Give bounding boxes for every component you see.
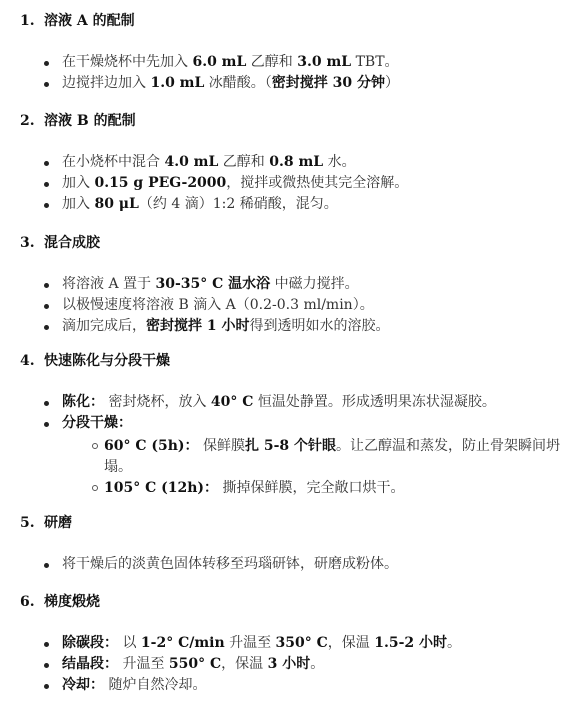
text-run: 。 [310,656,324,672]
bold-text: 除碳段： [62,635,118,651]
bold-text: 60° C (5h)： [104,438,199,454]
bold-text: 4.0 mL [164,154,218,170]
text-run: （约 4 滴）1:2 稀硝酸，混匀。 [139,196,338,212]
section-number: 4. [20,353,44,369]
text-run: 恒温处静置。形成透明果冻状湿凝胶。 [253,394,495,410]
bold-text: 3.0 mL [297,54,351,70]
list-item-text: 将干燥后的淡黄色固体转移至玛瑙研钵，研磨成粉体。 [62,554,398,575]
section-heading: 2.溶液 B 的配制 [20,110,136,130]
text-run: 将干燥后的淡黄色固体转移至玛瑙研钵，研磨成粉体。 [62,556,398,572]
sub-list-item-text: 60° C (5h)： 保鲜膜扎 5-8 个针眼。让乙醇温和蒸发，防止骨架瞬间坍… [104,436,574,478]
text-run: 中磁力搅拌。 [270,276,358,292]
text-run: 将溶液 A 置于 [62,276,155,292]
section-heading: 4.快速陈化与分段干燥 [20,350,170,370]
text-run: 随炉自然冷却。 [104,677,206,693]
text-run: 得到透明如水的溶胶。 [250,318,390,334]
bold-text: 冷却： [62,677,104,693]
bold-text: 6.0 mL [192,54,246,70]
bold-text: 40° C [211,394,254,410]
bold-text: 550° C [169,656,221,672]
list-item-text: 将溶液 A 置于 30-35° C 温水浴 中磁力搅拌。 [62,274,359,295]
text-run: 乙醇和 [246,54,297,70]
text-run: 冰醋酸。（ [204,75,271,91]
text-run: ，保温 [328,635,374,651]
section-heading: 6.梯度煅烧 [20,591,100,611]
text-run: 在小烧杯中混合 [62,154,164,170]
text-run: 撕掉保鲜膜，完全敞口烘干。 [218,480,404,496]
bold-text: 密封搅拌 1 小时 [146,318,250,334]
text-run: 在干燥烧杯中先加入 [62,54,192,70]
text-run: 保鲜膜 [199,438,245,454]
bold-text: 30-35° C 温水浴 [155,276,270,292]
bold-text: 3 小时 [268,656,311,672]
text-run: 密封烧杯，放入 [104,394,211,410]
list-item-text: 结晶段： 升温至 550° C，保温 3 小时。 [62,654,324,675]
list-item-text: 边搅拌边加入 1.0 mL 冰醋酸。（密封搅拌 30 分钟） [62,73,399,94]
bold-text: 陈化： [62,394,104,410]
list-item-text: 在干燥烧杯中先加入 6.0 mL 乙醇和 3.0 mL TBT。 [62,52,399,73]
bold-text: 1.0 mL [150,75,204,91]
text-run: 边搅拌边加入 [62,75,150,91]
text-run: ） [385,75,399,91]
text-run: 乙醇和 [218,154,269,170]
section-title: 溶液 B 的配制 [44,113,136,129]
text-run: 以 [118,635,141,651]
list-item-text: 陈化： 密封烧杯，放入 40° C 恒温处静置。形成透明果冻状湿凝胶。 [62,392,496,413]
text-run: 。 [447,635,461,651]
section-number: 5. [20,515,44,531]
section-title: 溶液 A 的配制 [44,13,135,29]
bold-text: 105° C (12h)： [104,480,218,496]
bold-text: 0.8 mL [269,154,323,170]
section-number: 1. [20,13,44,29]
list-item-text: 冷却： 随炉自然冷却。 [62,675,206,696]
text-run: 升温至 [225,635,276,651]
text-run: 水。 [323,154,355,170]
section-number: 3. [20,235,44,251]
bold-text: 1-2° C/min [141,635,225,651]
text-run: 加入 [62,196,94,212]
bold-text: 350° C [276,635,328,651]
bold-text: 密封搅拌 30 分钟 [272,75,385,91]
list-item-text: 除碳段： 以 1-2° C/min 升温至 350° C，保温 1.5-2 小时… [62,633,461,654]
list-item-text: 在小烧杯中混合 4.0 mL 乙醇和 0.8 mL 水。 [62,152,356,173]
list-item-text: 以极慢速度将溶液 B 滴入 A（0.2-0.3 ml/min）。 [62,295,374,316]
text-run: ，搅拌或微热使其完全溶解。 [226,175,408,191]
text-run: 加入 [62,175,94,191]
text-run: ，保温 [221,656,267,672]
section-title: 快速陈化与分段干燥 [44,353,170,369]
section-title: 研磨 [44,515,72,531]
bold-text: 扎 5-8 个针眼 [245,438,336,454]
section-number: 6. [20,594,44,610]
sub-list-item-text: 105° C (12h)： 撕掉保鲜膜，完全敞口烘干。 [104,478,574,499]
bold-text: 0.15 g PEG-2000 [94,175,226,191]
section-title: 混合成胶 [44,235,100,251]
text-run: 以极慢速度将溶液 B 滴入 A（0.2-0.3 ml/min）。 [62,297,374,313]
list-item-text: 滴加完成后，密封搅拌 1 小时得到透明如水的溶胶。 [62,316,390,337]
section-heading: 5.研磨 [20,512,72,532]
list-item-text: 分段干燥： [62,413,132,434]
section-heading: 3.混合成胶 [20,232,100,252]
section-title: 梯度煅烧 [44,594,100,610]
section-number: 2. [20,113,44,129]
section-heading: 1.溶液 A 的配制 [20,10,135,30]
bold-text: 分段干燥： [62,415,132,431]
text-run: 滴加完成后， [62,318,146,334]
list-item-text: 加入 0.15 g PEG-2000，搅拌或微热使其完全溶解。 [62,173,408,194]
text-run: TBT。 [351,54,398,70]
bold-text: 1.5-2 小时 [374,635,447,651]
text-run: 升温至 [118,656,169,672]
bold-text: 结晶段： [62,656,118,672]
list-item-text: 加入 80 μL（约 4 滴）1:2 稀硝酸，混匀。 [62,194,338,215]
bold-text: 80 μL [94,196,138,212]
